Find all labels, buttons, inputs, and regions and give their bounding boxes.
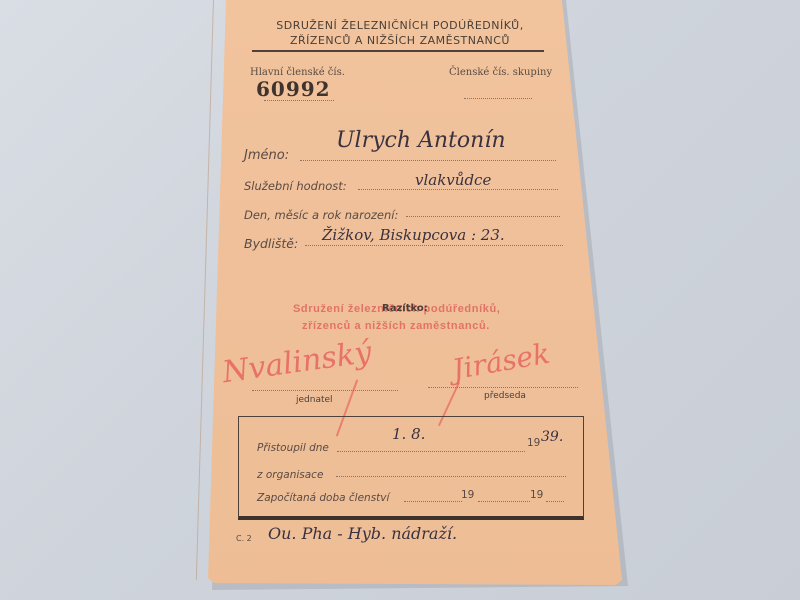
group-number-label: Členské čís. skupiny <box>449 67 552 78</box>
header-rule <box>252 50 544 52</box>
joined-line <box>337 451 525 452</box>
rank-line <box>358 189 558 190</box>
secretary-label: jednatel <box>296 395 333 405</box>
signature-right: Jirásek <box>450 337 552 387</box>
org-title-line-1: SDRUŽENÍ ŽELEZNIČNÍCH PODÚŘEDNÍKŮ, <box>240 18 560 33</box>
name-label: Jméno: <box>244 148 289 163</box>
form-code: C. 2 <box>236 534 252 543</box>
stamp-line-2: zřízenců a nižších zaměstnanců. <box>302 320 490 332</box>
from-org-label: z organisace <box>257 469 323 481</box>
joined-year-suffix: 39. <box>541 429 563 445</box>
residence-line <box>305 245 563 246</box>
group-number-line <box>464 98 532 99</box>
residence-value: Žižkov, Biskupcova : 23. <box>322 226 505 244</box>
secretary-sign-line <box>252 390 398 391</box>
joined-date: 1. 8. <box>392 425 425 443</box>
stamp-label: Razítko: <box>382 303 428 314</box>
period-to-prefix: 19 <box>530 489 543 501</box>
signature-left: Nvalinský <box>220 335 374 391</box>
name-value: Ulrych Antonín <box>336 128 506 153</box>
main-number-value: 60992 <box>256 77 331 101</box>
period-to-line <box>478 501 530 502</box>
period-to-tail-line <box>546 501 564 502</box>
joined-year-prefix: 19 <box>527 437 540 449</box>
rank-label: Služební hodnost: <box>244 179 347 193</box>
membership-card: SDRUŽENÍ ŽELEZNIČNÍCH PODÚŘEDNÍKŮ, ZŘÍZE… <box>0 0 800 600</box>
period-from-prefix: 19 <box>461 489 474 501</box>
footer-note: Ou. Pha - Hyb. nádraží. <box>268 524 457 543</box>
period-from-line <box>404 501 462 502</box>
from-org-line <box>336 476 566 477</box>
residence-label: Bydliště: <box>244 236 298 251</box>
chairman-sign-line <box>428 387 578 388</box>
birth-label: Den, měsíc a rok narození: <box>244 208 398 222</box>
main-number-line <box>264 100 334 101</box>
joined-label: Přistoupil dne <box>257 442 329 454</box>
org-title-line-2: ZŘÍZENCŮ A NIŽŠÍCH ZAMĚSTNANCŮ <box>240 33 560 48</box>
membership-period-label: Započítaná doba členství <box>257 492 389 504</box>
birth-line <box>406 216 560 217</box>
chairman-label: předseda <box>484 391 526 401</box>
rank-value: vlakvůdce <box>415 171 491 189</box>
name-line <box>300 160 556 161</box>
